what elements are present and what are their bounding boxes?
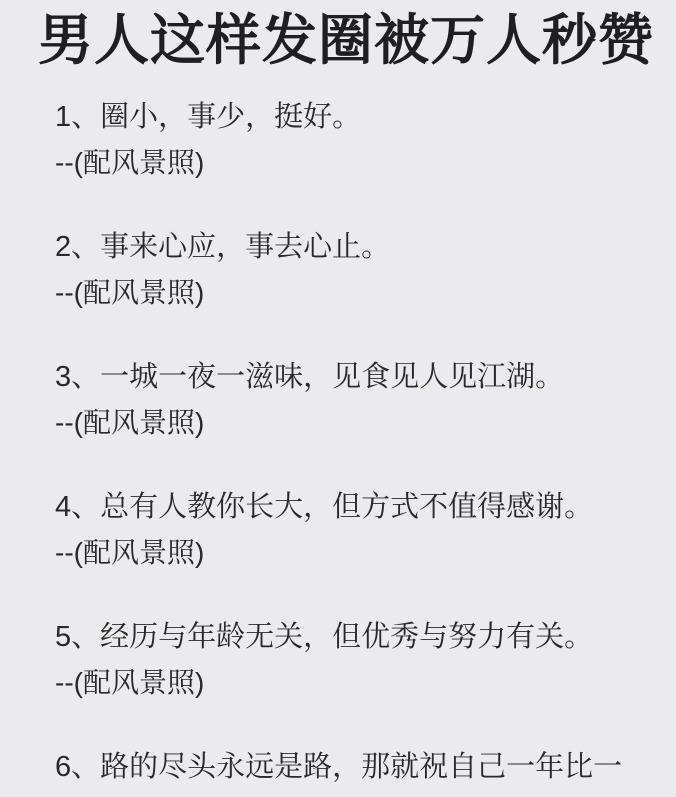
list-item: 6、路的尽头永远是路，那就祝自己一年比一 bbox=[55, 745, 676, 790]
quote-text: 4、总有人教你长大，但方式不值得感谢。 bbox=[55, 485, 676, 530]
quote-text: 3、一城一夜一滋味，见食见人见江湖。 bbox=[55, 355, 676, 400]
quote-card: 男人这样发圈被万人秒赞 1、圈小，事少，挺好。 --(配风景照) 2、事来心应，… bbox=[0, 0, 676, 797]
list-item: 4、总有人教你长大，但方式不值得感谢。 --(配风景照) bbox=[55, 485, 676, 575]
quote-list: 1、圈小，事少，挺好。 --(配风景照) 2、事来心应，事去心止。 --(配风景… bbox=[55, 70, 676, 790]
quote-text: 5、经历与年龄无关，但优秀与努力有关。 bbox=[55, 615, 676, 660]
list-item: 5、经历与年龄无关，但优秀与努力有关。 --(配风景照) bbox=[55, 615, 676, 705]
quote-caption: --(配风景照) bbox=[55, 270, 676, 315]
quote-text: 6、路的尽头永远是路，那就祝自己一年比一 bbox=[55, 745, 676, 790]
quote-caption: --(配风景照) bbox=[55, 660, 676, 705]
list-item: 3、一城一夜一滋味，见食见人见江湖。 --(配风景照) bbox=[55, 355, 676, 445]
quote-text: 2、事来心应，事去心止。 bbox=[55, 225, 676, 270]
quote-caption: --(配风景照) bbox=[55, 530, 676, 575]
page-title: 男人这样发圈被万人秒赞 bbox=[38, 10, 676, 70]
quote-caption: --(配风景照) bbox=[55, 400, 676, 445]
list-item: 2、事来心应，事去心止。 --(配风景照) bbox=[55, 225, 676, 315]
quote-text: 1、圈小，事少，挺好。 bbox=[55, 95, 676, 140]
list-item: 1、圈小，事少，挺好。 --(配风景照) bbox=[55, 95, 676, 185]
quote-caption: --(配风景照) bbox=[55, 140, 676, 185]
